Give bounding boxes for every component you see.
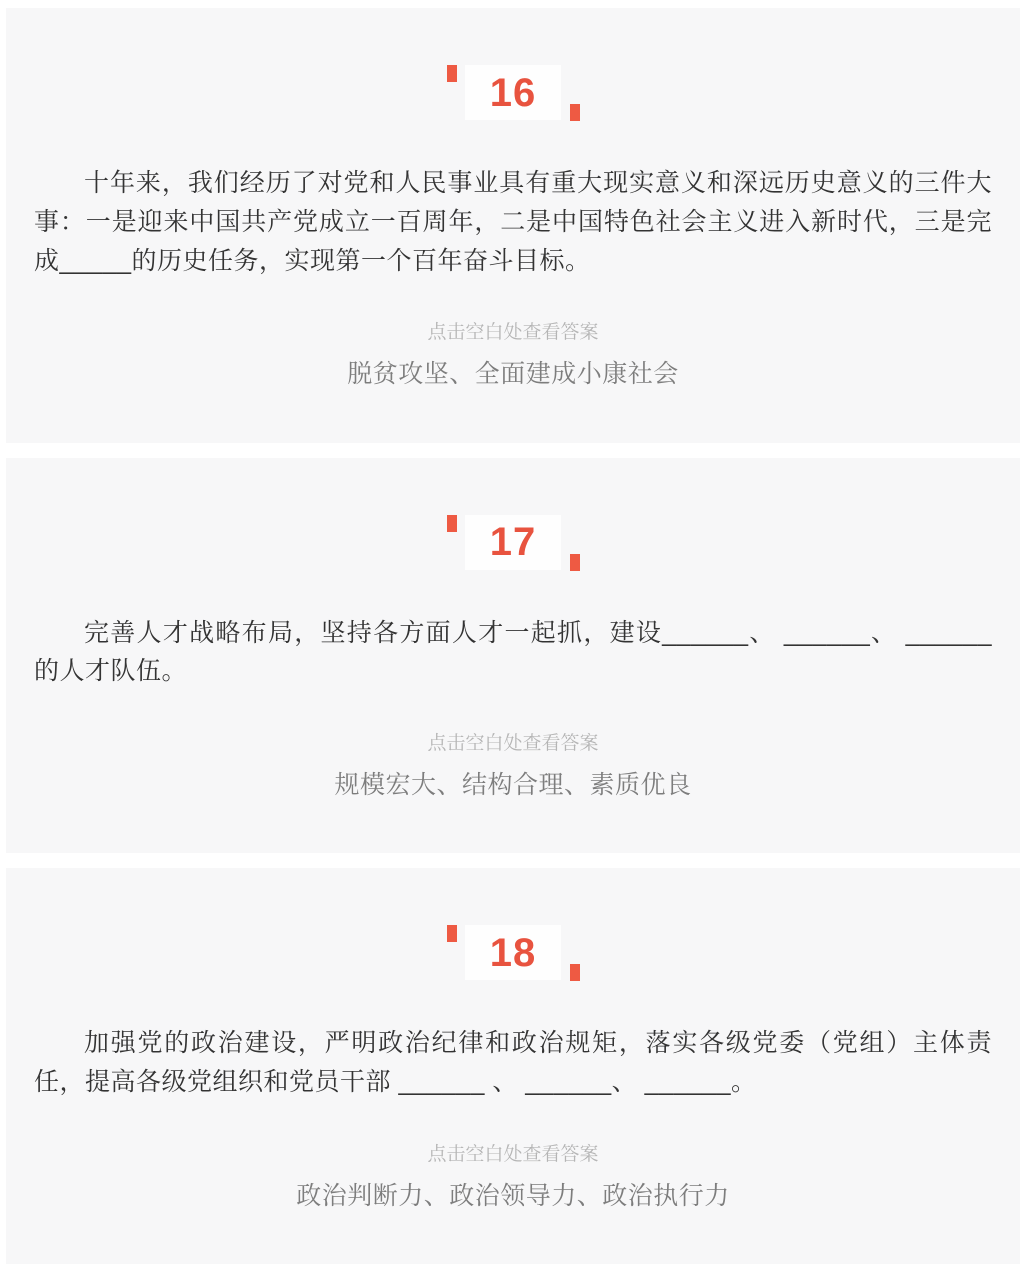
number-accent-bottom-right-icon <box>570 104 580 121</box>
answer-text: 脱贫攻坚、全面建成小康社会 <box>34 358 992 391</box>
number-accent-bottom-right-icon <box>570 554 580 571</box>
answer-text: 规模宏大、结构合理、素质优良 <box>34 769 992 802</box>
answer-hint: 点击空白处查看答案 <box>34 1144 992 1167</box>
question-text: 十年来，我们经历了对党和人民事业具有重大现实意义和深远历史意义的三件大事：一是迎… <box>34 164 992 280</box>
question-card-17[interactable]: 17 完善人才战略布局，坚持各方面人才一起抓，建设______、 ______、… <box>6 458 1020 854</box>
question-text: 加强党的政治建设，严明政治纪律和政治规矩，落实各级党委（党组）主体责任，提高各级… <box>34 1024 992 1102</box>
number-accent-top-left-icon <box>447 515 457 532</box>
question-card-16[interactable]: 16 十年来，我们经历了对党和人民事业具有重大现实意义和深远历史意义的三件大事：… <box>6 8 1020 443</box>
quiz-page: 16 十年来，我们经历了对党和人民事业具有重大现实意义和深远历史意义的三件大事：… <box>0 0 1026 1274</box>
answer-hint: 点击空白处查看答案 <box>34 733 992 756</box>
question-number: 17 <box>490 522 537 562</box>
question-number-badge: 17 <box>465 515 561 570</box>
question-number: 16 <box>490 73 537 113</box>
question-text: 完善人才战略布局，坚持各方面人才一起抓，建设______、 ______、 __… <box>34 614 992 692</box>
question-number: 18 <box>490 933 537 973</box>
answer-hint: 点击空白处查看答案 <box>34 322 992 345</box>
question-card-18[interactable]: 18 加强党的政治建设，严明政治纪律和政治规矩，落实各级党委（党组）主体责任，提… <box>6 868 1020 1264</box>
question-number-badge: 16 <box>465 65 561 120</box>
number-accent-top-left-icon <box>447 925 457 942</box>
question-number-badge: 18 <box>465 925 561 980</box>
number-accent-top-left-icon <box>447 65 457 82</box>
number-accent-bottom-right-icon <box>570 964 580 981</box>
answer-text: 政治判断力、政治领导力、政治执行力 <box>34 1180 992 1213</box>
